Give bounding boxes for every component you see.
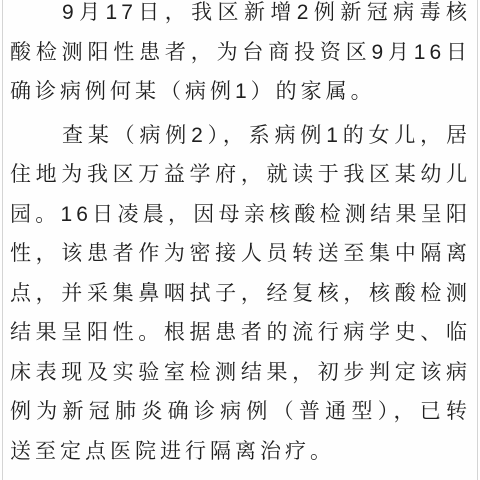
paragraph-case-summary: 9月17日，我区新增2例新冠病毒核酸检测阳性患者，为台商投资区9月16日确诊病例… xyxy=(10,0,471,112)
paragraph-case-details: 查某（病例2），系病例1的女儿，居住地为我区万益学府，就读于我区某幼儿园。16日… xyxy=(10,116,471,472)
article-page: 9月17日，我区新增2例新冠病毒核酸检测阳性患者，为台商投资区9月16日确诊病例… xyxy=(0,0,480,480)
left-edge-line xyxy=(2,0,3,480)
article-body: 9月17日，我区新增2例新冠病毒核酸检测阳性患者，为台商投资区9月16日确诊病例… xyxy=(10,0,471,475)
right-edge-line xyxy=(477,0,478,480)
